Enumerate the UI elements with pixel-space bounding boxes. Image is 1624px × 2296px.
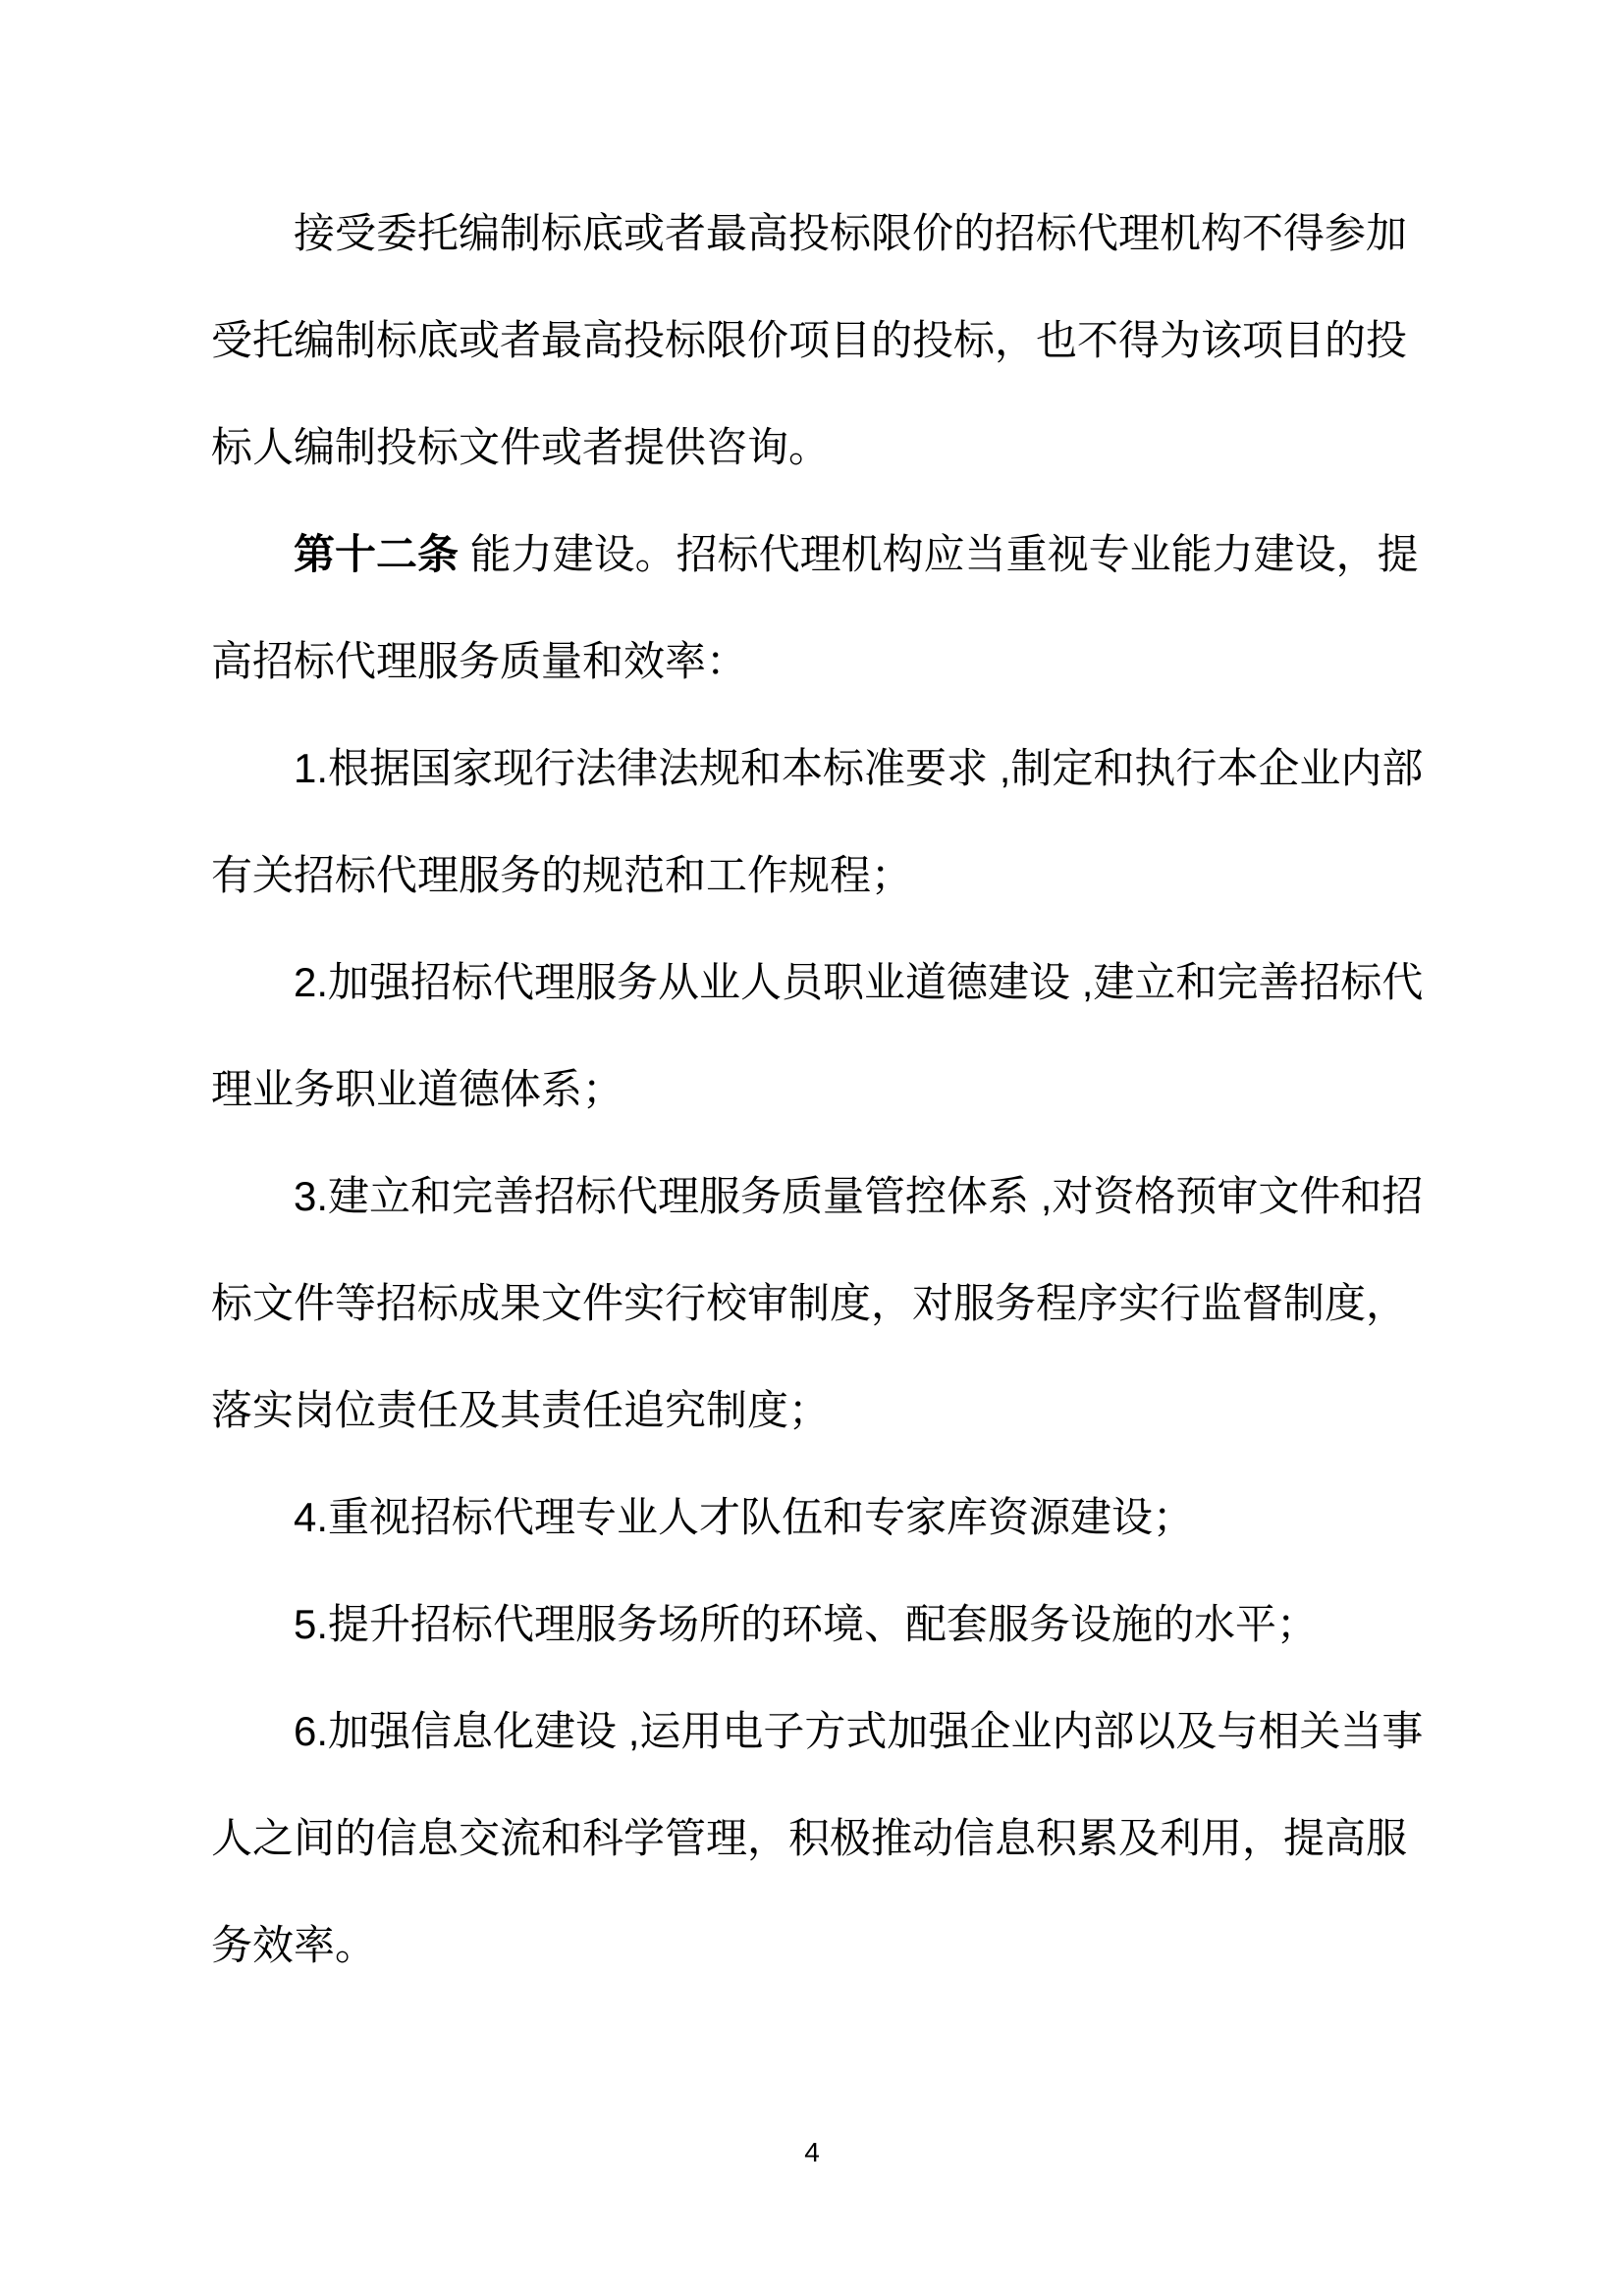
line-text: 有关招标代理服务的规范和工作规程； bbox=[211, 852, 912, 898]
text-line: 务效率。 bbox=[211, 1892, 1448, 1999]
text-line-list-item-2: 2.加强招标代理服务从业人员职业道德建设 ,建立和完善招标代 bbox=[211, 929, 1448, 1036]
text-line-list-item-1: 1.根据国家现行法律法规和本标准要求 ,制定和执行本企业内部 bbox=[211, 715, 1448, 822]
line-text: 能力建设。招标代理机构应当重视专业能力建设，提 bbox=[459, 531, 1419, 577]
line-text: 2.加强招标代理服务从业人员职业道德建设 ,建立和完善招标代 bbox=[294, 959, 1423, 1005]
text-line: 接受委托编制标底或者最高投标限价的招标代理机构不得参加 bbox=[211, 180, 1448, 287]
text-line: 标文件等招标成果文件实行校审制度，对服务程序实行监督制度， bbox=[211, 1250, 1448, 1357]
line-text: 理业务职业道德体系； bbox=[211, 1066, 623, 1112]
text-line: 有关招标代理服务的规范和工作规程； bbox=[211, 822, 1448, 929]
text-line: 受托编制标底或者最高投标限价项目的投标，也不得为该项目的投 bbox=[211, 287, 1448, 394]
line-text: 落实岗位责任及其责任追究制度； bbox=[211, 1387, 830, 1433]
line-text: 务效率。 bbox=[211, 1922, 376, 1968]
text-line-list-item-4: 4.重视招标代理专业人才队伍和专家库资源建设； bbox=[211, 1464, 1448, 1571]
text-line: 人之间的信息交流和科学管理，积极推动信息积累及利用，提高服 bbox=[211, 1785, 1448, 1892]
text-line: 理业务职业道德体系； bbox=[211, 1036, 1448, 1143]
document-page: 接受委托编制标底或者最高投标限价的招标代理机构不得参加 受托编制标底或者最高投标… bbox=[0, 0, 1624, 2296]
text-line-list-item-5: 5.提升招标代理服务场所的环境、配套服务设施的水平； bbox=[211, 1571, 1448, 1678]
line-text: 3.建立和完善招标代理服务质量管控体系 ,对资格预审文件和招 bbox=[294, 1173, 1423, 1219]
article-number: 第十二条 bbox=[294, 531, 459, 577]
text-line-article-heading: 第十二条 能力建设。招标代理机构应当重视专业能力建设，提 bbox=[211, 501, 1448, 608]
line-text: 4.重视招标代理专业人才队伍和专家库资源建设； bbox=[294, 1494, 1194, 1540]
document-body: 接受委托编制标底或者最高投标限价的招标代理机构不得参加 受托编制标底或者最高投标… bbox=[211, 180, 1448, 1999]
line-text: 标文件等招标成果文件实行校审制度，对服务程序实行监督制度， bbox=[211, 1280, 1407, 1326]
text-line: 高招标代理服务质量和效率： bbox=[211, 608, 1448, 715]
line-text: 接受委托编制标底或者最高投标限价的招标代理机构不得参加 bbox=[294, 210, 1407, 256]
line-text: 标人编制投标文件或者提供咨询。 bbox=[211, 424, 830, 470]
line-text: 6.加强信息化建设 ,运用电子方式加强企业内部以及与相关当事 bbox=[294, 1708, 1423, 1754]
line-text: 人之间的信息交流和科学管理，积极推动信息积累及利用，提高服 bbox=[211, 1815, 1407, 1861]
line-text: 受托编制标底或者最高投标限价项目的投标，也不得为该项目的投 bbox=[211, 317, 1407, 363]
page-number: 4 bbox=[0, 2136, 1624, 2169]
text-line: 落实岗位责任及其责任追究制度； bbox=[211, 1357, 1448, 1464]
text-line-list-item-6: 6.加强信息化建设 ,运用电子方式加强企业内部以及与相关当事 bbox=[211, 1678, 1448, 1785]
line-text: 1.根据国家现行法律法规和本标准要求 ,制定和执行本企业内部 bbox=[294, 745, 1423, 791]
line-text: 5.提升招标代理服务场所的环境、配套服务设施的水平； bbox=[294, 1601, 1318, 1647]
text-line-list-item-3: 3.建立和完善招标代理服务质量管控体系 ,对资格预审文件和招 bbox=[211, 1143, 1448, 1250]
text-line: 标人编制投标文件或者提供咨询。 bbox=[211, 394, 1448, 501]
line-text: 高招标代理服务质量和效率： bbox=[211, 638, 747, 684]
